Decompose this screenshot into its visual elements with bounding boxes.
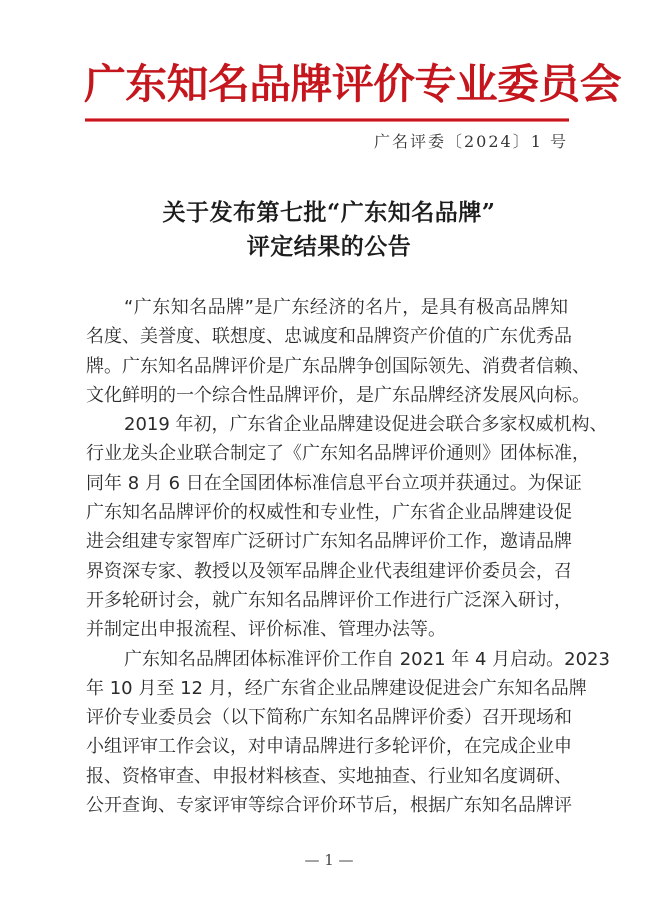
document-number: 广名评委〔2024〕1 号: [374, 130, 568, 154]
red-divider-line: [85, 118, 569, 122]
body-line: 进会组建专家智库广泛研讨广东知名品牌评价工作，邀请品牌: [86, 527, 568, 556]
body-line: 2019 年初，广东省企业品牌建设促进会联合多家权威机构、: [86, 410, 568, 439]
body-line: 并制定出申报流程、评价标准、管理办法等。: [86, 615, 568, 644]
body-line: “广东知名品牌”是广东经济的名片，是具有极高品牌知: [86, 293, 568, 322]
announcement-title-line-1: 关于发布第七批“广东知名品牌”: [0, 197, 658, 229]
body-line: 评价专业委员会（以下简称广东知名品牌评价委）召开现场和: [86, 703, 568, 732]
body-line: 公开查询、专家评审等综合评价环节后，根据广东知名品牌评: [86, 791, 568, 820]
body-line: 开多轮研讨会，就广东知名品牌评价工作进行广泛深入研讨，: [86, 586, 568, 615]
body-line: 名度、美誉度、联想度、忠诚度和品牌资产价值的广东优秀品: [86, 322, 568, 351]
body-line: 牌。广东知名品牌评价是广东品牌争创国际领先、消费者信赖、: [86, 352, 568, 381]
body-line: 同年 8 月 6 日在全国团体标准信息平台立项并获通过。为保证: [86, 469, 568, 498]
body-line: 广东知名品牌团体标准评价工作自 2021 年 4 月启动。2023: [86, 645, 568, 674]
masthead-organization-name: 广东知名品牌评价专业委员会: [84, 58, 580, 110]
body-line: 年 10 月至 12 月，经广东省企业品牌建设促进会广东知名品牌: [86, 674, 568, 703]
body-line: 小组评审工作会议，对申请品牌进行多轮评价，在完成企业申: [86, 732, 568, 761]
page-number: — 1 —: [0, 850, 658, 870]
document-page: 广东知名品牌评价专业委员会 广名评委〔2024〕1 号 关于发布第七批“广东知名…: [0, 0, 658, 918]
body-line: 报、资格审查、申报材料核查、实地抽查、行业知名度调研、: [86, 762, 568, 791]
announcement-body: “广东知名品牌”是广东经济的名片，是具有极高品牌知 名度、美誉度、联想度、忠诚度…: [86, 293, 568, 820]
body-line: 文化鲜明的一个综合性品牌评价，是广东品牌经济发展风向标。: [86, 381, 568, 410]
announcement-title-line-2: 评定结果的公告: [0, 231, 658, 263]
body-line: 行业龙头企业联合制定了《广东知名品牌评价通则》团体标准，: [86, 439, 568, 468]
body-line: 广东知名品牌评价的权威性和专业性，广东省企业品牌建设促: [86, 498, 568, 527]
body-line: 界资深专家、教授以及领军品牌企业代表组建评价委员会，召: [86, 557, 568, 586]
